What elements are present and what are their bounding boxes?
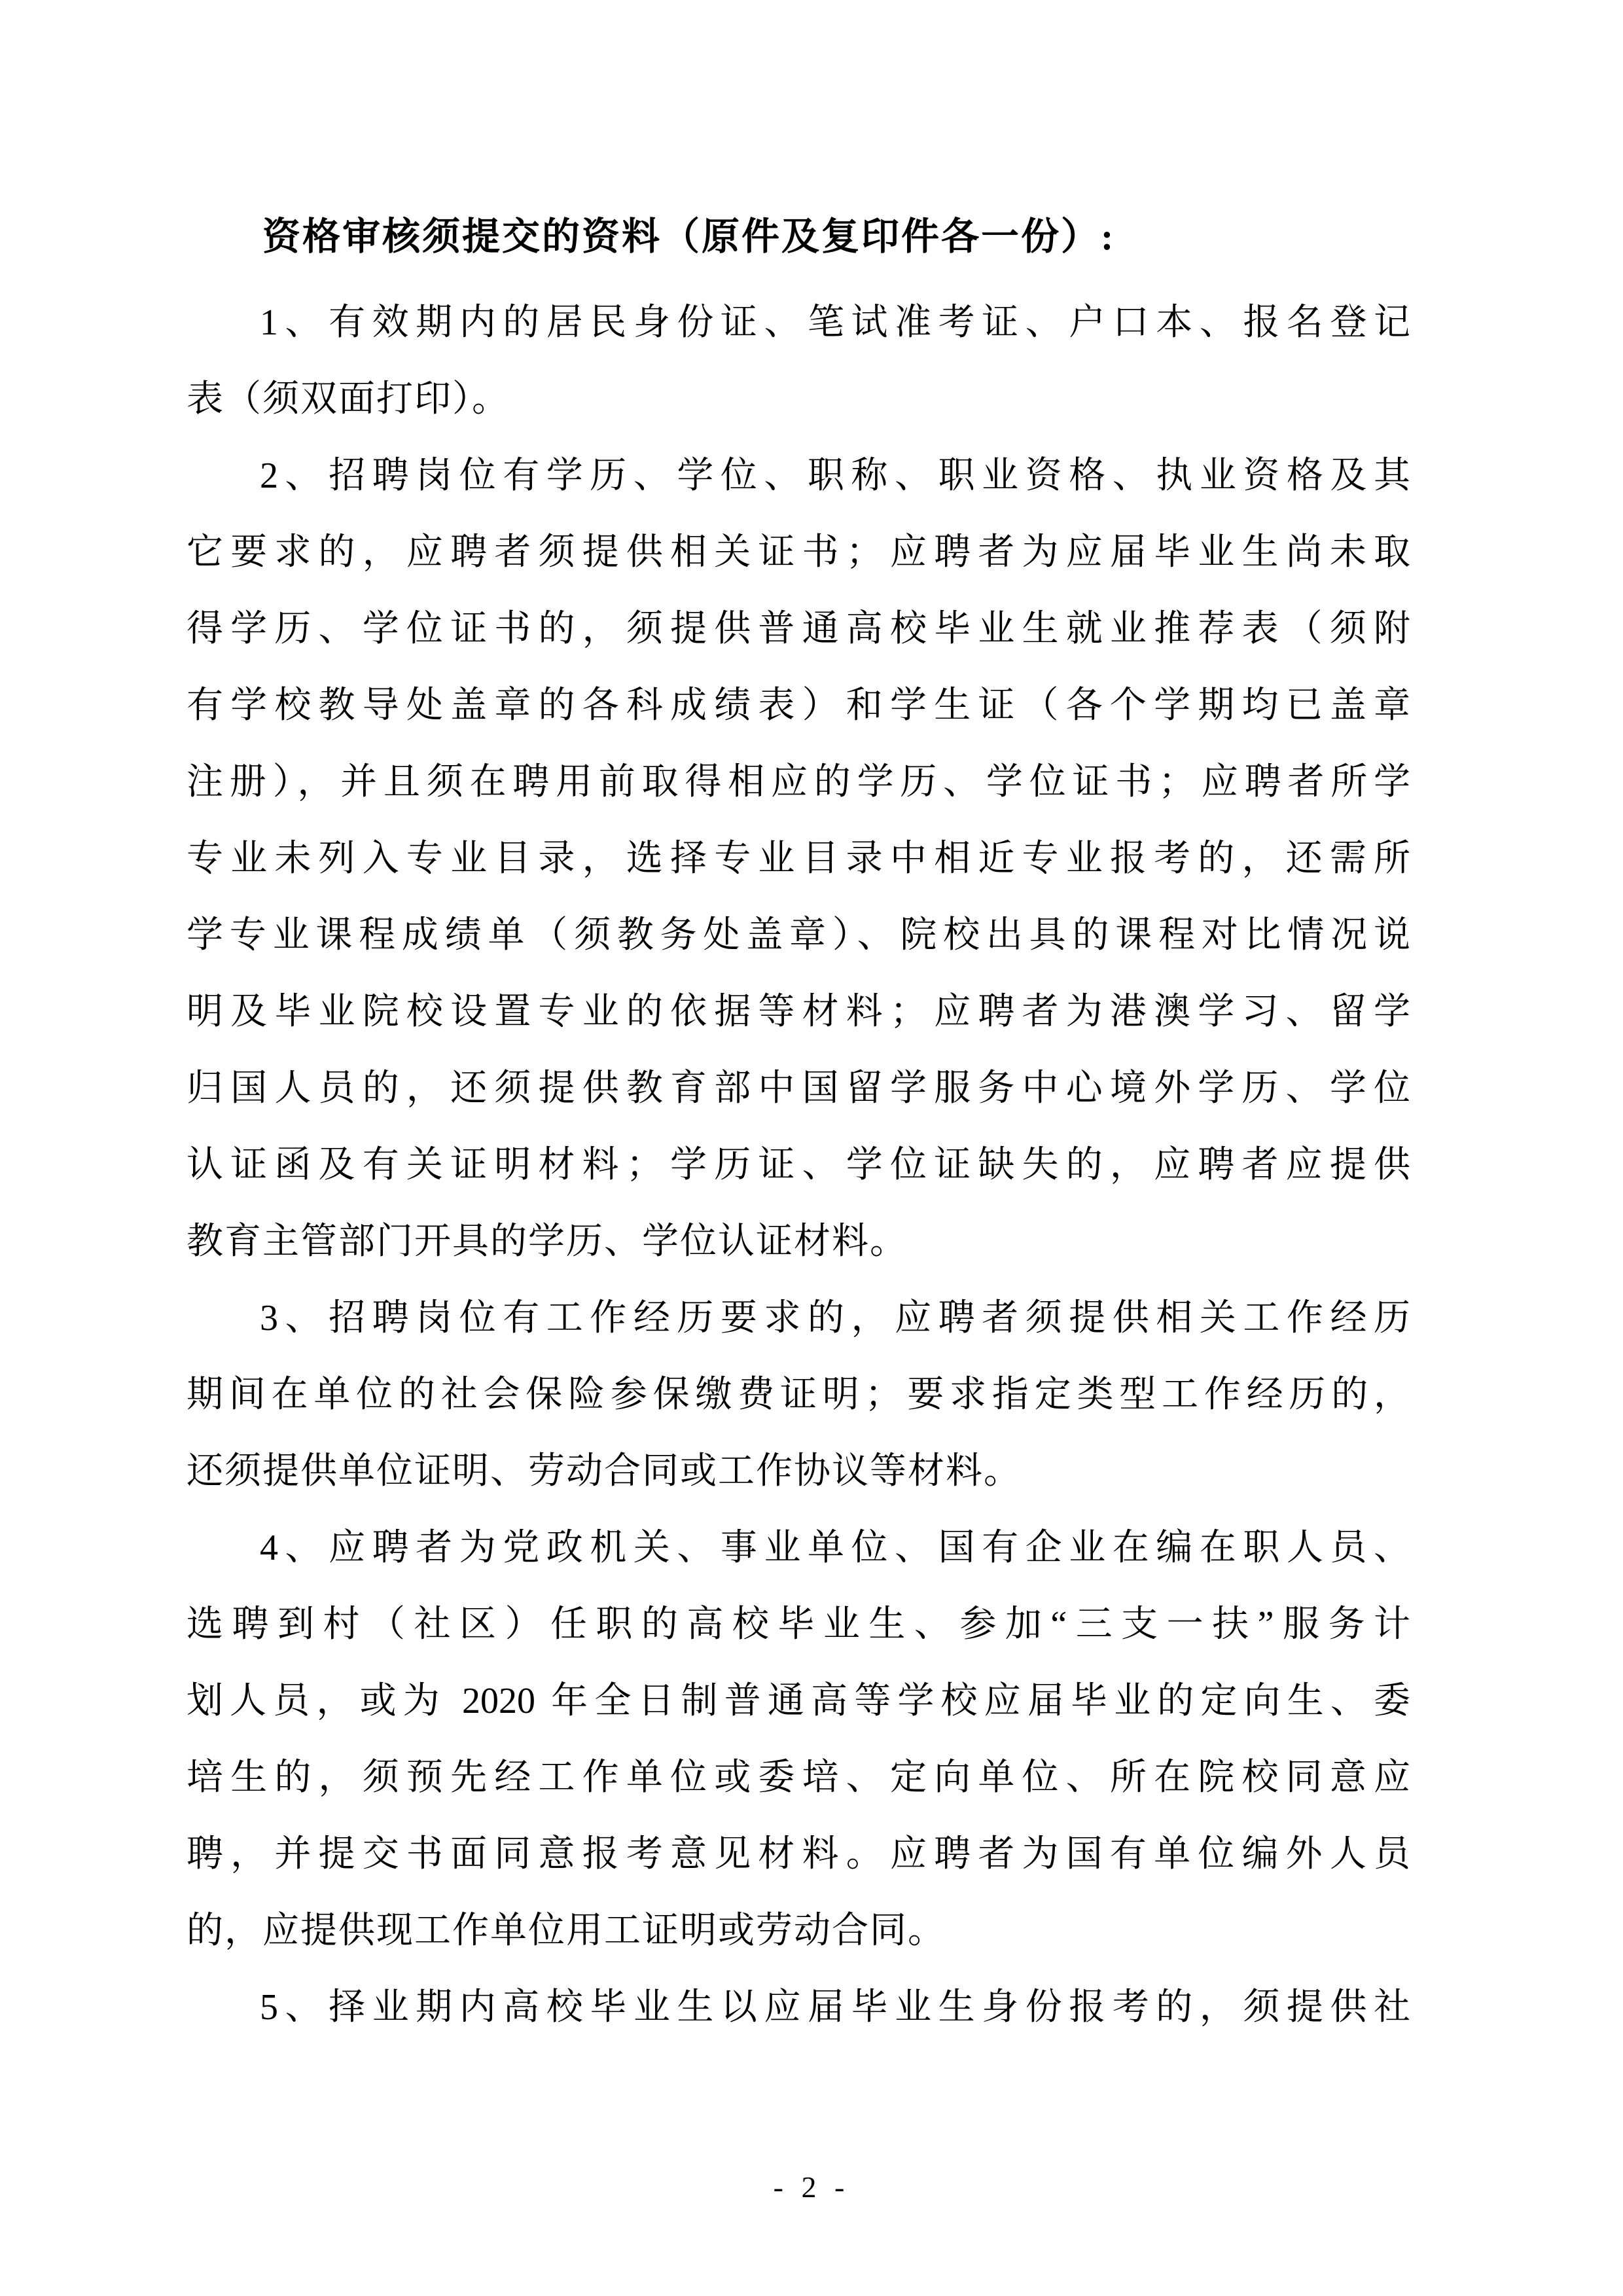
paragraph-lines: 1、有效期内的居民身份证、笔试准考证、户口本、报名登记表（须双面打印）。2、招聘… xyxy=(187,285,1410,2046)
document-heading: 资格审核须提交的资料（原件及复印件各一份）: xyxy=(187,198,1410,275)
text-line: 明及毕业院校设置专业的依据等材料；应聘者为港澳学习、留学 xyxy=(187,974,1410,1050)
text-line: 有学校教导处盖章的各科成绩表）和学生证（各个学期均已盖章 xyxy=(187,668,1410,744)
text-line: 2、招聘岗位有学历、学位、职称、职业资格、执业资格及其 xyxy=(187,438,1410,514)
text-line: 教育主管部门开具的学历、学位认证材料。 xyxy=(187,1204,1410,1280)
text-line: 还须提供单位证明、劳动合同或工作协议等材料。 xyxy=(187,1433,1410,1510)
page-number: - 2 - xyxy=(0,2168,1623,2207)
text-line: 4、应聘者为党政机关、事业单位、国有企业在编在职人员、 xyxy=(187,1510,1410,1587)
text-line: 它要求的，应聘者须提供相关证书；应聘者为应届毕业生尚未取 xyxy=(187,514,1410,591)
text-line: 归国人员的，还须提供教育部中国留学服务中心境外学历、学位 xyxy=(187,1050,1410,1127)
document-page: 资格审核须提交的资料（原件及复印件各一份）: 1、有效期内的居民身份证、笔试准考… xyxy=(0,0,1623,2296)
text-line: 3、招聘岗位有工作经历要求的，应聘者须提供相关工作经历 xyxy=(187,1280,1410,1357)
text-line: 注册），并且须在聘用前取得相应的学历、学位证书；应聘者所学 xyxy=(187,744,1410,821)
text-line: 专业未列入专业目录，选择专业目录中相近专业报考的，还需所 xyxy=(187,821,1410,897)
text-line: 5、择业期内高校毕业生以应届毕业生身份报考的，须提供社 xyxy=(187,1969,1410,2046)
text-line: 认证函及有关证明材料；学历证、学位证缺失的，应聘者应提供 xyxy=(187,1127,1410,1204)
document-body: 资格审核须提交的资料（原件及复印件各一份）: 1、有效期内的居民身份证、笔试准考… xyxy=(187,198,1410,2046)
text-line: 1、有效期内的居民身份证、笔试准考证、户口本、报名登记 xyxy=(187,285,1410,361)
text-line: 培生的，须预先经工作单位或委培、定向单位、所在院校同意应 xyxy=(187,1740,1410,1816)
text-line: 期间在单位的社会保险参保缴费证明；要求指定类型工作经历的， xyxy=(187,1357,1410,1433)
text-line: 聘，并提交书面同意报考意见材料。应聘者为国有单位编外人员 xyxy=(187,1816,1410,1893)
text-line: 的，应提供现工作单位用工证明或劳动合同。 xyxy=(187,1893,1410,1969)
text-line: 选聘到村（社区）任职的高校毕业生、参加“三支一扶”服务计 xyxy=(187,1587,1410,1663)
text-line: 表（须双面打印）。 xyxy=(187,361,1410,438)
text-line: 学专业课程成绩单（须教务处盖章）、院校出具的课程对比情况说 xyxy=(187,897,1410,974)
text-line: 得学历、学位证书的，须提供普通高校毕业生就业推荐表（须附 xyxy=(187,591,1410,668)
text-line: 划人员，或为 2020 年全日制普通高等学校应届毕业的定向生、委 xyxy=(187,1663,1410,1740)
